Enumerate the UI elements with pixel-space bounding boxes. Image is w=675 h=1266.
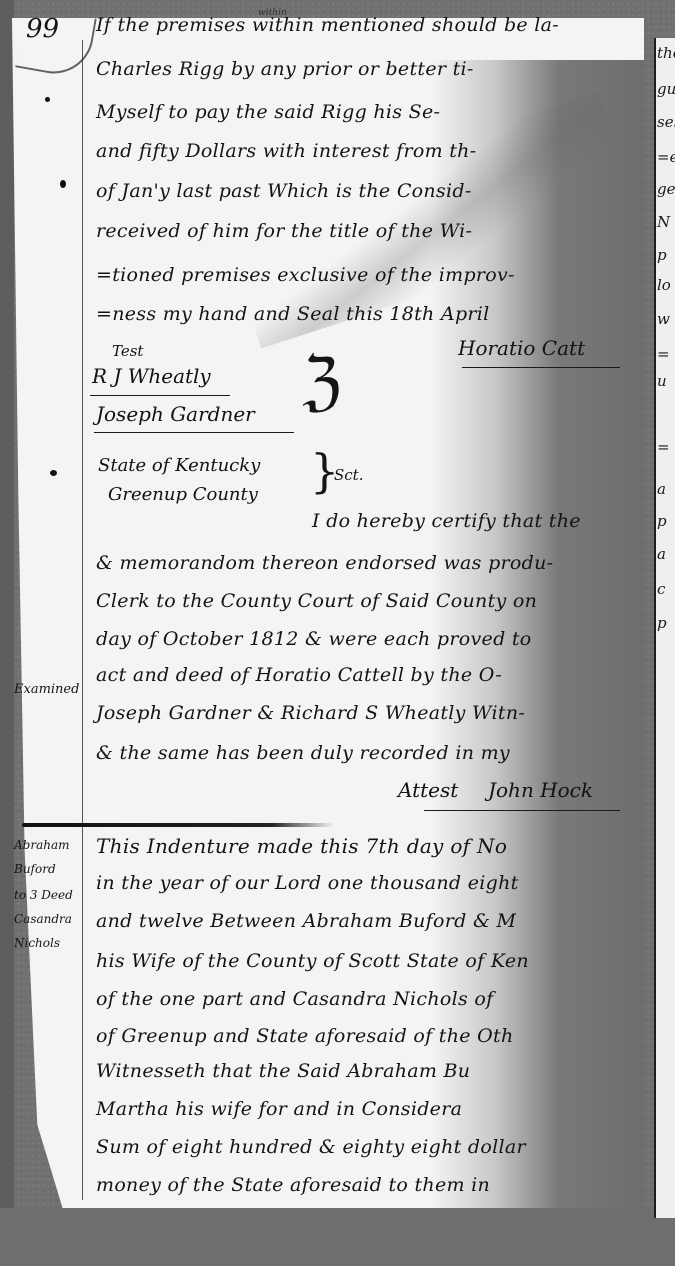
deed-1-line: of Jan'y last past Which is the Consid- — [96, 180, 472, 202]
deed-2-line: of Greenup and State aforesaid of the Ot… — [96, 1025, 514, 1047]
ink-speck — [60, 180, 66, 188]
certificate-line: & memorandom thereon endorsed was produ- — [96, 552, 553, 574]
adjacent-fragment: p — [657, 512, 667, 530]
certificate-line: act and deed of Horatio Cattell by the O… — [96, 664, 502, 686]
adjacent-fragment: p — [657, 614, 667, 632]
witness-signature: Joseph Gardner — [96, 402, 255, 426]
binding-edge — [0, 0, 14, 1266]
adjacent-fragment: a — [657, 480, 666, 498]
adjacent-fragment: =en — [657, 148, 675, 166]
deed-2-line: Witnesseth that the Said Abraham Bu — [96, 1060, 470, 1082]
signature-underline — [94, 432, 294, 433]
margin-rule — [82, 40, 83, 1200]
deed-2-line: This Indenture made this 7th day of No — [96, 834, 507, 858]
certificate-line: Joseph Gardner & Richard S Wheatly Witn- — [96, 702, 525, 724]
signature-underline — [424, 810, 620, 811]
attest-label: Attest — [398, 778, 458, 802]
certificate-line: I do hereby certify that the — [312, 510, 581, 532]
adjacent-fragment: ge — [657, 180, 675, 198]
signature-underline — [462, 367, 620, 368]
deed-1-line: Charles Rigg by any prior or better ti- — [96, 58, 474, 80]
section-divider — [22, 823, 334, 827]
adjacent-fragment: gu — [657, 80, 675, 98]
certificate-line: & the same has been duly recorded in my — [96, 742, 510, 764]
ink-speck — [50, 470, 57, 476]
margin-index-line: Casandra — [14, 912, 72, 926]
adjacent-fragment: N — [657, 213, 670, 231]
deed-2-line: money of the State aforesaid to them in — [96, 1174, 490, 1196]
grantor-signature: Horatio Catt — [458, 336, 585, 360]
margin-index-line: to 3 Deed — [14, 888, 73, 902]
deed-2-line: and twelve Between Abraham Buford & M — [96, 910, 516, 932]
adjacent-fragment: lo — [657, 276, 671, 294]
adjacent-fragment: the — [657, 44, 675, 62]
test-label: Test — [112, 342, 143, 360]
adjacent-fragment: sel — [657, 113, 675, 131]
deed-1-line: =tioned premises exclusive of the improv… — [96, 264, 515, 286]
deed-1-line: =ness my hand and Seal this 18th April — [96, 303, 490, 325]
signature-underline — [90, 395, 230, 396]
deed-1-line: If the premises within mentioned should … — [96, 14, 559, 36]
certificate-county: Greenup County — [108, 484, 258, 505]
adjacent-fragment: c — [657, 580, 665, 598]
adjacent-fragment: = — [657, 345, 670, 363]
certificate-line: Clerk to the County Court of Said County… — [96, 590, 537, 612]
adjacent-fragment: p — [657, 246, 667, 264]
deed-2-line: Martha his wife for and in Considera — [96, 1098, 462, 1120]
deed-1-line: Myself to pay the said Rigg his Se- — [96, 101, 440, 123]
certificate-line: day of October 1812 & were each proved t… — [96, 628, 532, 650]
deed-2-line: his Wife of the County of Scott State of… — [96, 950, 529, 972]
page-number: 99 — [26, 14, 59, 44]
ink-speck — [45, 97, 50, 102]
deed-2-line: Sum of eight hundred & eighty eight doll… — [96, 1136, 526, 1158]
clerk-signature: John Hock — [488, 778, 593, 802]
deed-2-line: in the year of our Lord one thousand eig… — [96, 872, 519, 894]
adjacent-fragment: = — [657, 438, 670, 456]
deed-1-line: and fifty Dollars with interest from th- — [96, 140, 476, 162]
certificate-state: State of Kentucky — [98, 455, 260, 476]
margin-index-line: Abraham — [14, 838, 70, 852]
margin-note-examined: Examined — [14, 682, 79, 697]
scan-bottom-edge — [0, 1208, 675, 1266]
margin-index-line: Buford — [14, 862, 56, 876]
witness-signature: R J Wheatly — [92, 364, 211, 388]
adjacent-fragment: a — [657, 545, 666, 563]
adjacent-fragment: u — [657, 372, 667, 390]
scilicet: Sct. — [334, 466, 363, 484]
adjacent-fragment: w — [657, 310, 670, 328]
seal-scroll-icon: ℨ — [302, 350, 341, 414]
margin-index-line: Nichols — [14, 936, 60, 950]
deed-1-line: received of him for the title of the Wi- — [96, 220, 472, 242]
deed-2-line: of the one part and Casandra Nichols of — [96, 988, 494, 1010]
